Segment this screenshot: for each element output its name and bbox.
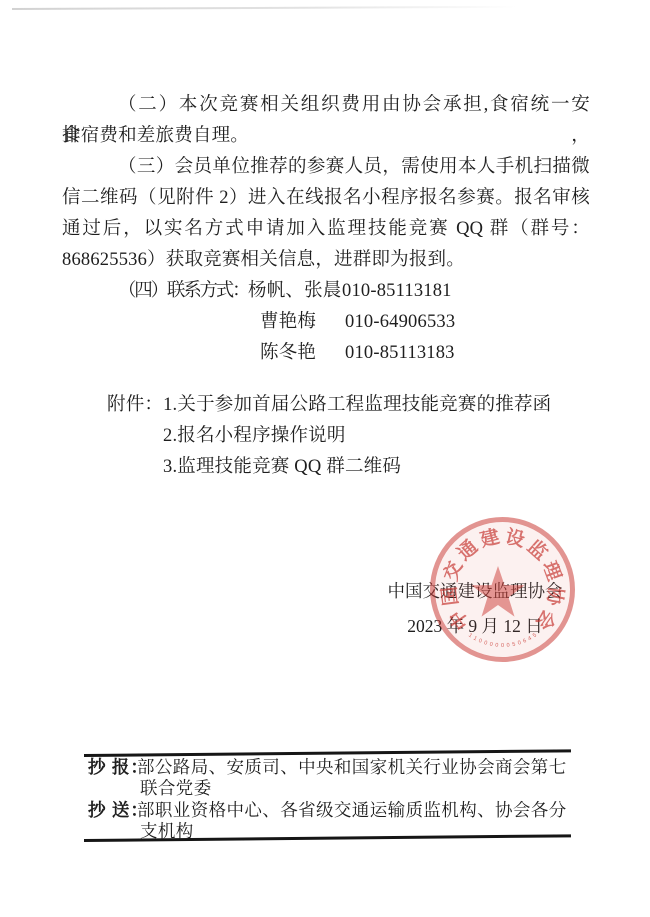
svg-text:国: 国 — [438, 585, 462, 607]
copy-report-text: 部公路局、安质司、中央和国家机关行业协会商会第七 — [137, 757, 567, 778]
svg-text:0: 0 — [495, 643, 499, 649]
contact-name: 杨帆、张晨 — [248, 276, 342, 307]
contact-name: 曹艳梅 — [260, 307, 316, 338]
paragraph-registration-line: 信二维码（见附件 2）进入在线报名小程序报名参赛。报名审核 — [62, 183, 590, 214]
colophon-top-rule — [84, 749, 571, 756]
attachment-item: 3.监理技能竞赛 QQ 群二维码 — [62, 452, 650, 483]
attachments-label: 附件： — [107, 395, 163, 415]
contact-phone: 010-64906533 — [345, 307, 455, 338]
contact-row: 陈冬艳 010-85113183 — [62, 338, 590, 369]
contact-phone: 010-85113181 — [342, 276, 452, 307]
scanned-document-page: （二）本次竞赛相关组织费用由协会承担,食宿统一安排， 食宿费和差旅费自理。 （三… — [0, 0, 650, 917]
svg-text:0: 0 — [506, 643, 510, 649]
copy-send-text: 部职业资格中心、各省级交通运输质监机构、协会各分 — [137, 800, 567, 821]
contact-section-label: （四）联系方式： — [118, 276, 248, 307]
paragraph-registration-line: 通过后，以实名方式申请加入监理技能竞赛 QQ 群（群号： — [62, 214, 590, 245]
copy-report-text: 联合党委 — [140, 778, 212, 799]
copy-report-row: 抄 报： 部公路局、安质司、中央和国家机关行业协会商会第七 — [0, 757, 650, 778]
paragraph-registration-line: 868625536）获取竞赛相关信息，进群即为报到。 — [62, 245, 590, 276]
copy-send-row: 抄 送： 部职业资格中心、各省级交通运输质监机构、协会各分 — [0, 800, 650, 821]
attachment-item: 2.报名小程序操作说明 — [62, 421, 650, 452]
svg-text:0: 0 — [501, 643, 504, 649]
official-seal: 中国交通建设监理协会 1100000050645 — [419, 506, 586, 673]
paragraph-registration-line: （三）会员单位推荐的参赛人员，需使用本人手机扫描微 — [62, 152, 590, 183]
contact-phone: 010-85113183 — [345, 338, 455, 369]
contact-row: （四）联系方式： 杨帆、张晨 010-85113181 — [62, 276, 590, 307]
contact-name: 陈冬艳 — [260, 338, 316, 369]
attachment-line: 附件：1.关于参加首届公路工程监理技能竞赛的推荐函 — [62, 390, 635, 421]
contact-row: 曹艳梅 010-64906533 — [62, 307, 590, 338]
paragraph-fee-line: 食宿费和差旅费自理。 — [62, 121, 590, 152]
copy-report-row: 联合党委 — [0, 778, 650, 799]
svg-text:协: 协 — [542, 585, 567, 608]
scan-edge-artifact — [12, 6, 517, 10]
attachment-item: 1.关于参加首届公路工程监理技能竞赛的推荐函 — [163, 395, 551, 415]
